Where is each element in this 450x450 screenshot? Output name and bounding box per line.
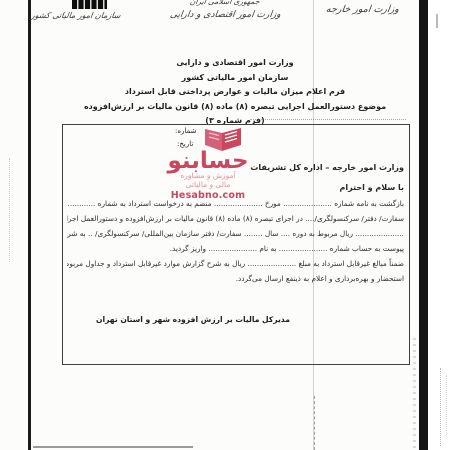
- heading-line-3: فرم اعلام میزان مالیات و عوارض پرداختی ق…: [62, 85, 408, 100]
- left-dotted-artifact: [9, 158, 10, 262]
- corner-tick-artifact: [436, 14, 438, 28]
- bottom-line-artifact: [33, 446, 193, 448]
- scan-noise-strip: [413, 338, 416, 450]
- right-dotted-artifact: [440, 368, 441, 446]
- form-heading: وزارت امور اقتصادی و دارایی سازمان امور …: [62, 56, 408, 129]
- letter-body-line: سفارت/ دفتر/ سرکنسولگری/.... در اجرای تب…: [67, 211, 404, 226]
- tax-org-emblem-icon: [72, 0, 107, 9]
- tax-org-title: سازمان امور مالیاتی کشور: [31, 11, 122, 20]
- letter-body-line: ضمناً مبالغ غیرقابل استرداد به مبلغ ....…: [67, 256, 404, 271]
- left-border-line: [28, 0, 31, 450]
- letter-body-line: ..................... ریال مربوط به دوره…: [67, 226, 404, 241]
- letterhead-tax-org: سازمان امور مالیاتی کشور: [30, 11, 122, 20]
- right-scan-bar: [419, 0, 428, 450]
- signature-title: مدیرکل مالیات بر ارزش افزوده شهر و استان…: [96, 315, 290, 324]
- watermark-tagline-2: مالی و مالیاتی: [152, 181, 264, 190]
- letter-body-line: پیوست به حساب شماره ....................…: [67, 241, 404, 256]
- letter-body-line: استحضار و بهره‌برداری و اعلام به ذینفع ا…: [67, 271, 404, 286]
- heading-line-1: وزارت امور اقتصادی و دارایی: [62, 56, 408, 71]
- letterhead-center: جمهوری اسلامی ایران وزارت امور اقتصادی و…: [138, 0, 312, 20]
- right-dotted-artifact-2: [446, 375, 447, 435]
- heading-line-4: موضوع دستورالعمل اجرایی تبصره (۸) ماده (…: [62, 100, 408, 115]
- salutation: با سلام و احترام: [340, 183, 405, 192]
- letter-body: بازگشت به نامه شماره ...................…: [67, 196, 404, 286]
- watermark-domain: Hesabno.com: [152, 190, 264, 201]
- republic-title: جمهوری اسلامی ایران: [190, 0, 261, 6]
- economy-ministry-title: وزارت امور اقتصادی و دارایی: [169, 10, 281, 20]
- foreign-ministry-title: وزارت امور خارجه: [325, 4, 399, 15]
- letterhead-foreign-ministry: وزارت امور خارجه: [320, 4, 404, 15]
- department-title: وزارت امور خارجه – اداره کل تشریفات: [250, 163, 404, 172]
- watermark-brand: حسابنو: [152, 150, 264, 172]
- watermark-logo: حسابنو آموزش و مشاوره مالی و مالیاتی Hes…: [152, 128, 264, 201]
- fold-line-lower: [314, 396, 315, 450]
- heading-line-2: سازمان امور مالیاتی کشور: [62, 71, 408, 86]
- scan-page: سازمان امور مالیاتی کشور جمهوری اسلامی ا…: [0, 0, 450, 450]
